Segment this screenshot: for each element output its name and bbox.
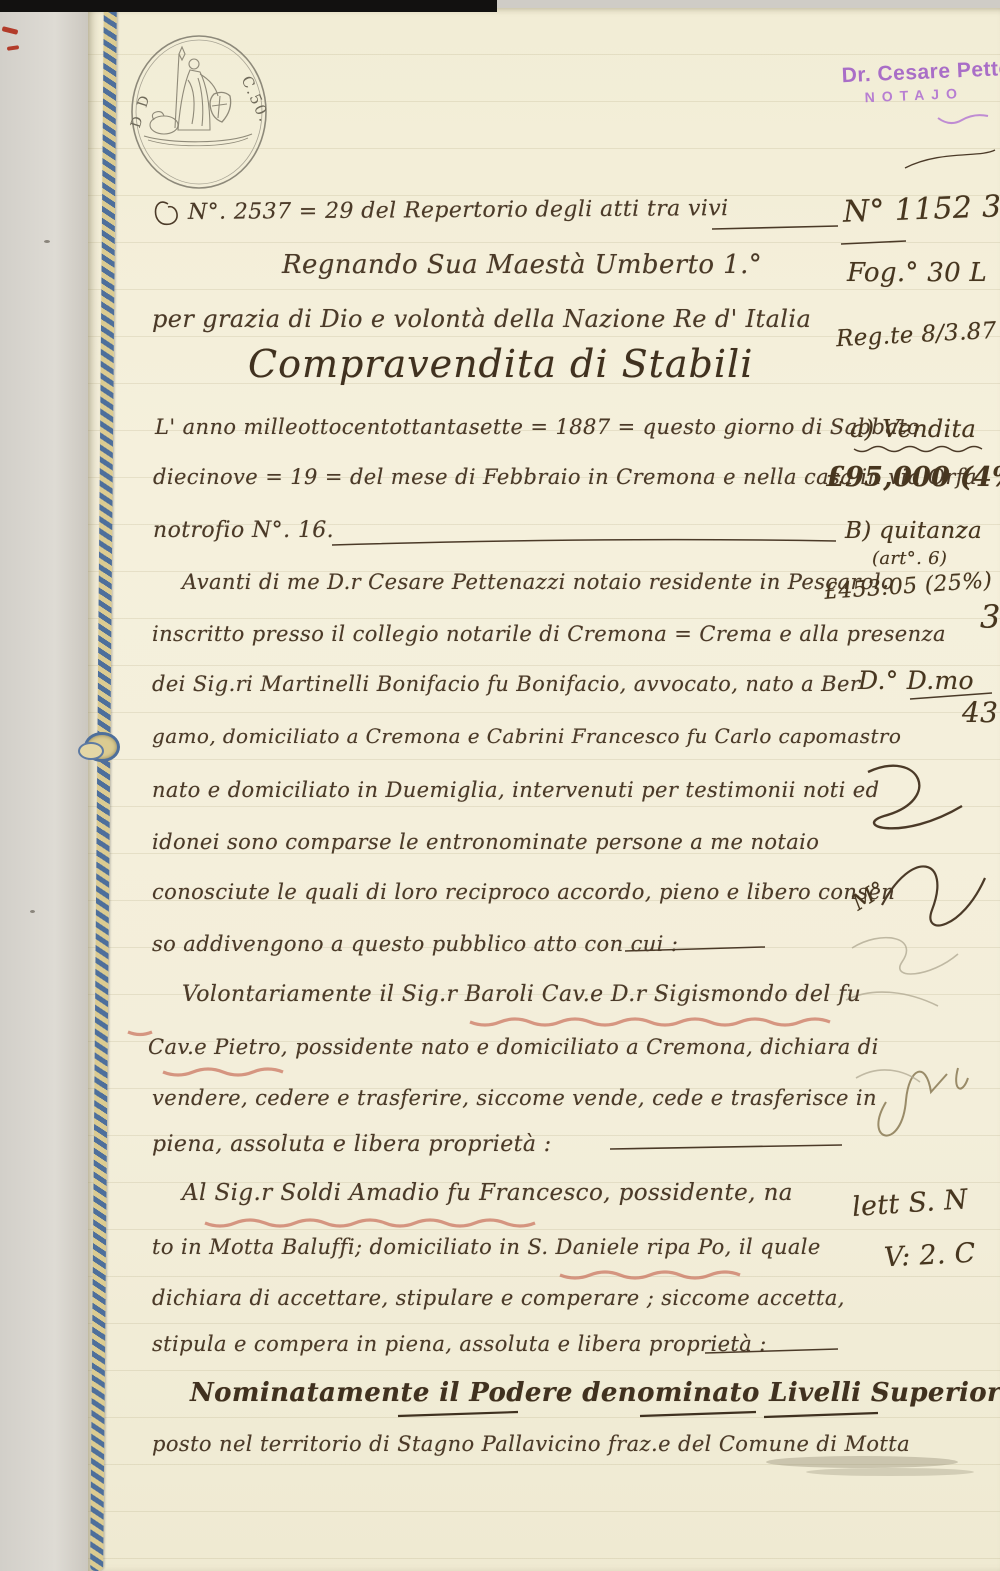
binding-cord-knot bbox=[78, 728, 122, 762]
margin-note-number: 43 bbox=[962, 696, 998, 729]
scan-background bbox=[0, 0, 92, 1571]
manuscript-line: N°. 2537 = 29 del Repertorio degli atti … bbox=[188, 196, 729, 225]
margin-note-price: £95,000 (4% £. bbox=[826, 462, 1000, 493]
knot-end bbox=[78, 742, 104, 760]
manuscript-line: Al Sig.r Soldi Amadio fu Francesco, poss… bbox=[182, 1180, 793, 1206]
manuscript-line: piena, assoluta e libera proprietà : bbox=[152, 1132, 552, 1157]
manuscript-line: Nominatamente il Podere denominato Livel… bbox=[190, 1378, 1000, 1408]
manuscript-line: gamo, domiciliato a Cremona e Cabrini Fr… bbox=[152, 724, 901, 748]
margin-note-number: 3 bbox=[980, 598, 1000, 636]
document-page: C.50. D D Dr. Cesare Pettena NOTAJO bbox=[0, 0, 1000, 1571]
paper-speck bbox=[44, 240, 50, 243]
manuscript-line: inscritto presso il collegio notarile di… bbox=[152, 622, 946, 646]
manuscript-line: posto nel territorio di Stagno Pallavici… bbox=[152, 1432, 910, 1456]
margin-note-quitanza: B) quitanza bbox=[845, 518, 982, 544]
manuscript-line: Volontariamente il Sig.r Baroli Cav.e D.… bbox=[182, 982, 861, 1007]
manuscript-line: Regnando Sua Maestà Umberto 1.° bbox=[282, 250, 762, 280]
manuscript-title: Compravendita di Stabili bbox=[248, 342, 753, 386]
notary-rubber-stamp: Dr. Cesare Pettena NOTAJO bbox=[841, 56, 1000, 106]
manuscript-line: stipula e compera in piena, assoluta e l… bbox=[152, 1332, 767, 1356]
margin-note-vendita: a) Vendita bbox=[850, 415, 976, 443]
manuscript-line: notrofio N°. 16. bbox=[153, 518, 334, 543]
manuscript-line: vendere, cedere e trasferire, siccome ve… bbox=[152, 1086, 877, 1110]
manuscript-line: Avanti di me D.r Cesare Pettenazzi notai… bbox=[182, 570, 894, 594]
margin-note-v2: V: 2. C bbox=[883, 1238, 976, 1274]
manuscript-line: Cav.e Pietro, possidente nato e domicili… bbox=[148, 1035, 879, 1059]
margin-note-ditto: D.° D.mo bbox=[858, 666, 974, 695]
scan-edge-strip bbox=[0, 0, 497, 12]
manuscript-line: conosciute le quali di loro reciproco ac… bbox=[152, 880, 895, 904]
manuscript-line: L' anno milleottocentottantasette = 1887… bbox=[155, 415, 920, 439]
manuscript-line: per grazia di Dio e volontà della Nazion… bbox=[152, 305, 811, 333]
manuscript-line: nato e domiciliato in Duemiglia, interve… bbox=[152, 778, 879, 802]
margin-note-repertory-number: N° 1152 3 bbox=[842, 189, 1000, 230]
paper-speck bbox=[30, 910, 35, 913]
margin-note-foglio: Fog.° 30 L bbox=[847, 258, 987, 288]
margin-note-article: (art°. 6) bbox=[872, 548, 947, 569]
manuscript-line: dichiara di accettare, stipulare e compe… bbox=[152, 1286, 845, 1310]
manuscript-line: dei Sig.ri Martinelli Bonifacio fu Bonif… bbox=[152, 672, 860, 696]
manuscript-line: to in Motta Baluffi; domiciliato in S. D… bbox=[152, 1235, 821, 1259]
manuscript-line: idonei sono comparse le entronominate pe… bbox=[152, 830, 819, 854]
manuscript-line: so addivengono a questo pubblico atto co… bbox=[152, 932, 678, 956]
